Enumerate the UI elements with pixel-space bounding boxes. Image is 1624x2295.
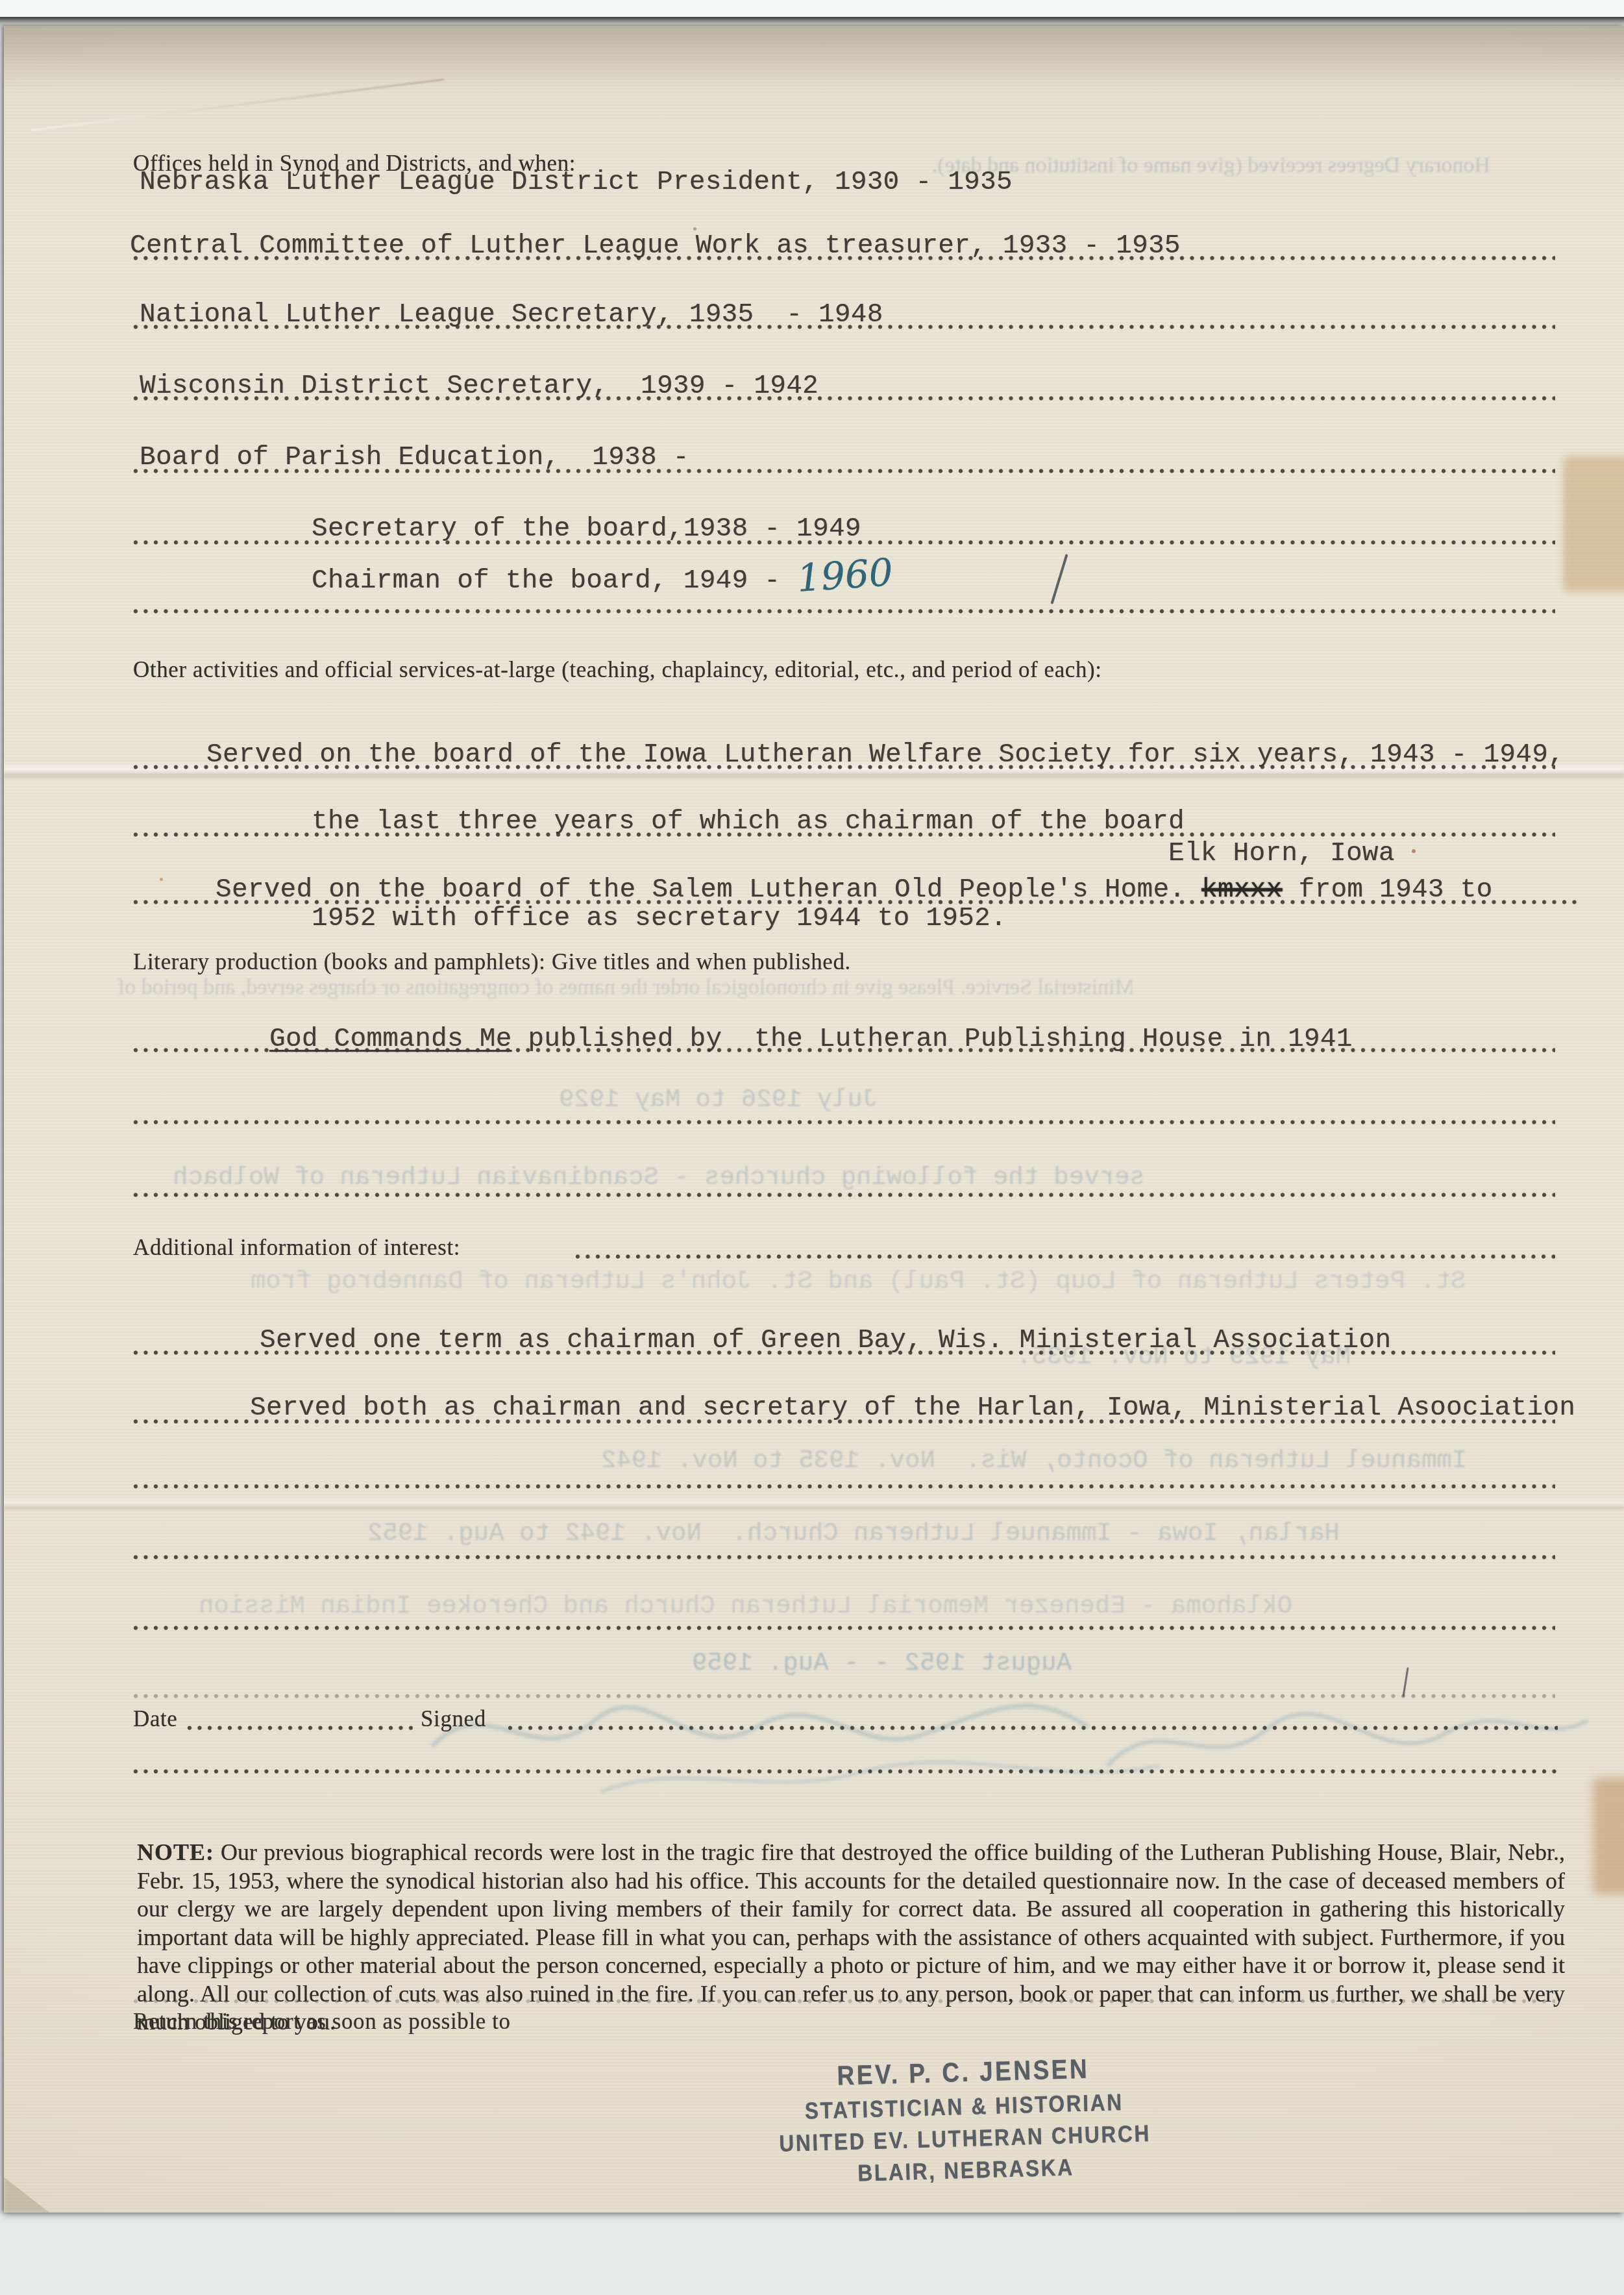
dotted-rule [133, 1119, 1555, 1125]
scanned-form-page: Honorary Degrees received (give name of … [4, 26, 1624, 2213]
ghost-bleedthrough-text: served the following churches - Scandina… [173, 1163, 1145, 1192]
dotted-rule [133, 1419, 1555, 1424]
ghost-bleedthrough-text: July 1926 to May 1929 [559, 1085, 878, 1114]
note-body: Our previous biographical records were l… [137, 1839, 1565, 2035]
dotted-rule [133, 395, 1555, 401]
offices-entry-1: Nebraska Luther League District Presiden… [140, 167, 1013, 197]
dotted-rule [133, 832, 1555, 837]
dotted-rule [133, 1768, 1558, 1774]
note-paragraph: NOTE: Our previous biographical records … [137, 1839, 1565, 2037]
ghost-bleedthrough-text: Harlan, Iowa - Immanuel Lutheran Church.… [367, 1519, 1340, 1548]
faint-dotted-rule [133, 1998, 1555, 2004]
literary-section-label: Literary production (books and pamphlets… [133, 949, 851, 975]
dotted-rule [133, 1483, 1555, 1489]
dotted-rule [133, 764, 1555, 770]
pen-slash-mark [1050, 554, 1068, 604]
offices-entry-7: Chairman of the board, 1949 - [312, 566, 796, 596]
ghost-bleedthrough-text: St. Peters Lutheran of Loup (St. Paul) a… [251, 1267, 1466, 1296]
dotted-rule [133, 324, 1555, 330]
signed-fill-in-rule [508, 1725, 1558, 1731]
other-activities-section-label: Other activities and official services-a… [133, 657, 1102, 683]
dotted-rule [133, 1047, 1555, 1053]
paper-speck [1412, 849, 1416, 853]
dotted-rule [133, 1192, 1555, 1198]
faint-dotted-rule [133, 1693, 1555, 1699]
other-activities-location-note: Elk Horn, Iowa [1168, 839, 1395, 869]
stamp-name: REV. P. C. JENSEN [732, 2050, 1195, 2094]
ghost-bleedthrough-text: Oklahoma - Ebenezer Memorial Lutheran Ch… [199, 1592, 1292, 1620]
date-label: Date [133, 1706, 177, 1732]
dotted-rule [133, 1350, 1555, 1356]
dotted-rule [133, 1625, 1555, 1631]
horizontal-crease [4, 1495, 1624, 1511]
note-label: NOTE: [137, 1839, 214, 1865]
dotted-rule [133, 1554, 1555, 1560]
signed-label: Signed [421, 1706, 486, 1732]
dotted-rule [575, 1254, 1555, 1259]
top-fold-shading [4, 26, 1624, 88]
ghost-bleedthrough-text: Ministerial Service. Please give in chro… [117, 975, 1135, 1000]
tape-stain [1563, 456, 1624, 592]
dotted-rule [133, 608, 1555, 614]
corner-fold [4, 2162, 49, 2213]
date-fill-in-rule [187, 1725, 413, 1731]
additional-info-section-label: Additional information of interest: [133, 1235, 460, 1261]
paper-speck [160, 878, 163, 881]
other-activities-entry-4: 1952 with office as secretary 1944 to 19… [312, 904, 1007, 934]
paper-speck [693, 227, 696, 230]
scanner-background-bottom [0, 2213, 1624, 2295]
dotted-rule [133, 468, 1555, 474]
handwritten-year-1960: 1960 [796, 550, 894, 601]
ghost-bleedthrough-text: Immanuel Lutheran of Oconto, Wis. Nov. 1… [601, 1446, 1467, 1475]
dotted-rule [133, 255, 1555, 261]
return-instruction: Return this report as soon as possible t… [133, 2009, 511, 2035]
ghost-bleedthrough-text: Honorary Degrees received (give name of … [932, 153, 1490, 178]
dotted-rule [133, 540, 1555, 545]
rubber-stamp: REV. P. C. JENSEN STATISTICIAN & HISTORI… [700, 2050, 1229, 2196]
